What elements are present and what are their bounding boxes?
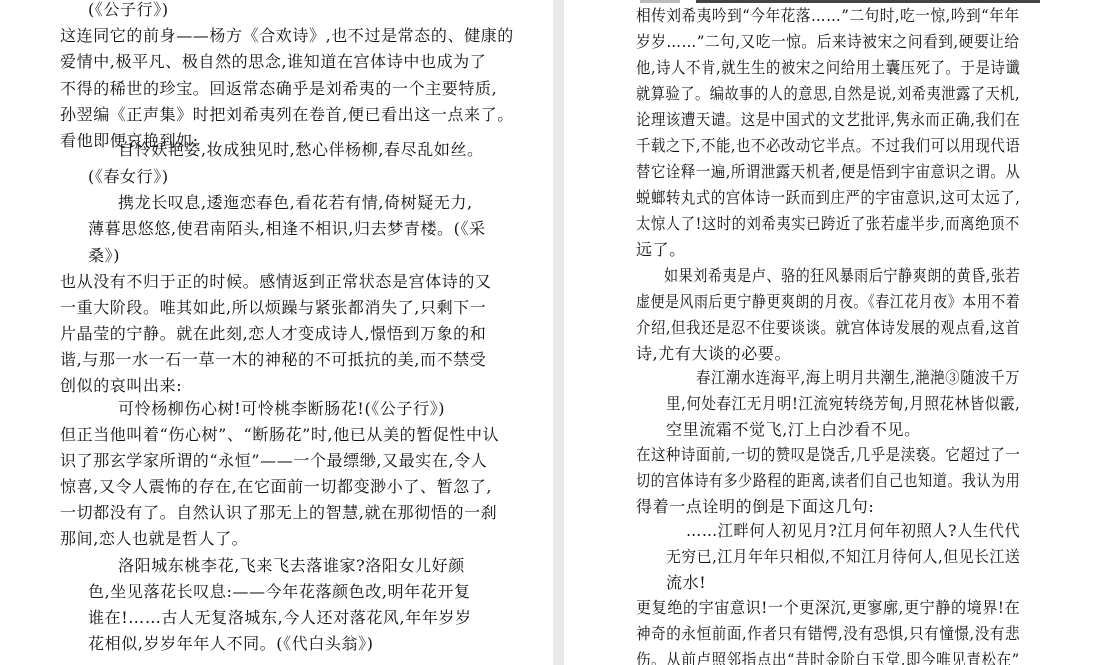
right-page-text-line: 蜕螂转丸式的宫体诗一跃而到庄严的宇宙意识,这可太远了,	[636, 188, 1020, 208]
right-page-text-line: 里,何处春江无月明!江流宛转绕芳甸,月照花林皆似霰,	[666, 394, 1020, 414]
right-page-text-line: 更复绝的宇宙意识!一个更深沉,更寥廓,更宁静的境界!在	[636, 598, 1020, 618]
left-page-text-line: 色,坐见落花长叹息:——今年花落颜色改,明年花开复	[88, 582, 471, 602]
right-page-text-line: 得着一点诠明的倒是下面这几句:	[636, 497, 874, 517]
left-page-text-line: 可怜杨柳伤心树!可怜桃李断肠花!(《公子行》)	[118, 399, 445, 419]
left-page-text-line: 创似的哀叫出来:	[60, 376, 182, 396]
left-page-text-line: (《春女行》)	[88, 167, 169, 187]
left-page-text-line: 也从没有不归于正的时候。感情返到正常状态是宫体诗的又	[60, 272, 492, 292]
right-page-text-line: 太惊人了!这时的刘希夷实已跨近了张若虚半步,而离绝顶不	[636, 214, 1020, 234]
left-page-text-line: 一重大阶段。唯其如此,所以烦躁与紧张都消失了,只剩下一	[60, 298, 486, 318]
right-page-text-line: 论理该遭天谴。这是中国式的文艺批评,隽永而正确,我们在	[636, 110, 1020, 130]
left-page-text-line: (《公子行》)	[88, 0, 169, 20]
left-page-text-line: 识了那玄学家所谓的“永恒”——一个最缥缈,又最实在,令人	[60, 451, 487, 471]
left-page-text-line: 不得的稀世的珍宝。回返常态确乎是刘希夷的一个主要特质,	[60, 79, 497, 99]
left-page-text-line: 但正当他叫着“伤心树”、“断肠花”时,他已从美的暂促性中认	[60, 425, 499, 445]
left-page-text-line: 一切都没有了。自然认识了那无上的智慧,就在那彻悟的一刹	[60, 503, 497, 523]
left-page-text-line: 谁在!……古人无复洛城东,今人还对落花风,年年岁岁	[88, 608, 472, 628]
left-page-text-line: 花相似,岁岁年年人不同。(《代白头翁》)	[88, 634, 374, 654]
left-page-text-line: 爱情中,极平凡、极自然的思念,谁知道在宫体诗中也成为了	[60, 52, 486, 72]
right-page-text-line: 远了。	[636, 240, 686, 260]
top-rule	[640, 0, 1040, 3]
right-page-text-line: 流水!	[666, 573, 706, 593]
right-page-text-line: 替它诠释一遍,所谓泄露天机者,便是悟到宇宙意识之谓。从	[636, 162, 1020, 182]
left-page-text-line: 携龙长叹息,逶迤恋春色,看花若有情,倚树疑无力,	[118, 193, 473, 213]
right-page-text-line: 在这种诗面前,一切的赞叹是饶舌,几乎是渎亵。它超过了一	[636, 445, 1020, 465]
right-page-text-line: 他,诗人不肯,就生生的被宋之问给用土囊压死了。于是诗谶	[636, 58, 1020, 78]
right-page-text-line: 空里流霜不觉飞,汀上白沙看不见。	[666, 420, 921, 440]
right-page-text-line: ……江畔何人初见月?江月何年初照人?人生代代	[686, 521, 1020, 541]
right-page-text-line: 就算验了。编故事的人的意思,自然是说,刘希夷泄露了天机,	[636, 84, 1020, 104]
right-page-text-line: 诗,尤有大谈的必要。	[636, 344, 791, 364]
right-page-text-line: 神奇的永恒前面,作者只有错愕,没有恐惧,只有憧憬,没有悲	[636, 624, 1020, 644]
right-page-text-line: 伤。从前卢照邻指点出“昔时金阶白玉堂,即今唯见青松在”	[636, 650, 1020, 665]
right-page-text-line: 岁岁……”二句,又吃一惊。后来诗被宋之问看到,硬要让给	[636, 32, 1020, 52]
left-page-text-line: 自怜妖艳姿,妆成独见时,愁心伴杨柳,春尽乱如丝。	[118, 140, 484, 160]
left-page-text-line: 洛阳城东桃李花,飞来飞去落谁家?洛阳女儿好颜	[118, 556, 465, 576]
right-page-text-line: 介绍,但我还是忍不住要谈谈。就宫体诗发展的观点看,这首	[636, 318, 1020, 338]
left-page-text-line: 桑》)	[88, 246, 120, 266]
left-page-text-line: 谐,与那一水一石一草一木的神秘的不可抵抗的美,而不禁受	[60, 350, 486, 370]
right-page-text-line: 如果刘希夷是卢、骆的狂风暴雨后宁静爽朗的黄昏,张若	[664, 266, 1020, 286]
left-page-text-line: 那间,恋人也就是哲人了。	[60, 529, 248, 549]
left-page-text-line: 惊喜,又令人震怖的存在,在它面前一切都变渺小了、暂忽了,	[60, 477, 492, 497]
page-gutter	[553, 0, 564, 665]
right-page-text-line: 相传刘希夷吟到“今年花落……”二句时,吃一惊,吟到“年年	[636, 6, 1020, 26]
right-page-text-line: 千载之下,不能,也不必改动它半点。不过我们可以用现代语	[636, 136, 1020, 156]
left-page-text-line: 孙翌编《正声集》时把刘希夷列在卷首,便已看出这一点来了。	[60, 105, 514, 125]
left-page-text-line: 片晶莹的宁静。就在此刻,恋人才变成诗人,憬悟到万象的和	[60, 324, 486, 344]
right-page-text-line: 切的宫体诗有多少路程的距离,读者们自己也知道。我认为用	[636, 471, 1020, 491]
left-page-text-line: 薄暮思悠悠,使君南陌头,相逢不相识,归去梦青楼。(《采	[88, 219, 486, 239]
left-page-text-line: 这连同它的前身——杨方《合欢诗》,也不过是常态的、健康的	[60, 26, 514, 46]
right-page-text-line: 春江潮水连海平,海上明月共潮生,滟滟③随波千万	[696, 368, 1020, 388]
right-page-text-line: 虚便是风雨后更宁静更爽朗的月夜。《春江花月夜》本用不着	[636, 292, 1020, 312]
right-page-text-line: 无穷已,江月年年只相似,不知江月待何人,但见长江送	[666, 547, 1020, 567]
